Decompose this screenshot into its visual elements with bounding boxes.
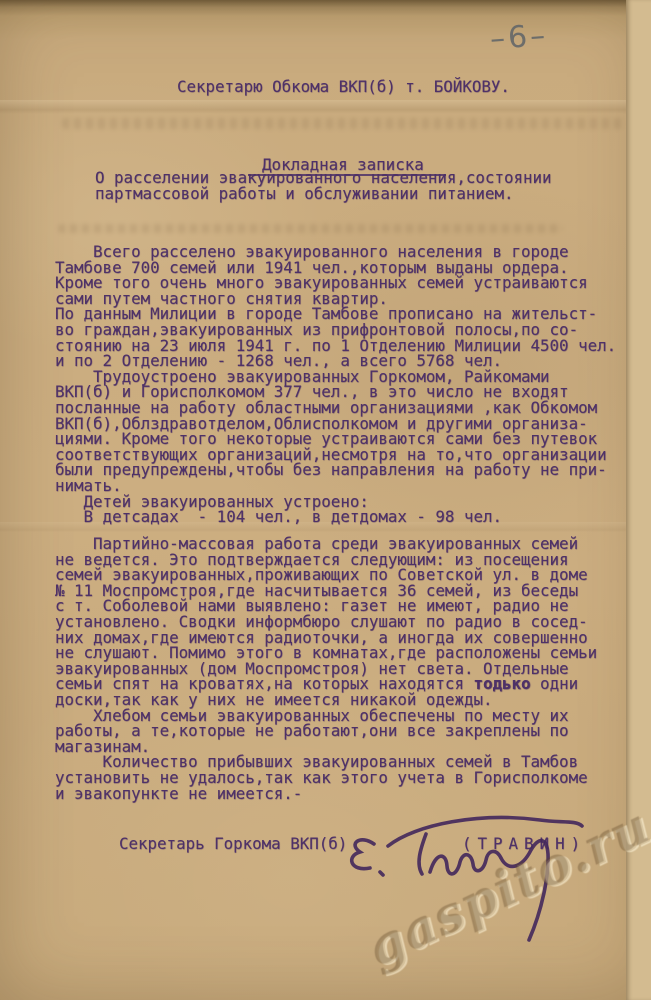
ink-bleedthrough [58, 224, 563, 233]
paragraph-2: Партийно-массовая работа среди эвакуиров… [55, 536, 597, 801]
subject-block: О расселении эвакуированного населения,с… [95, 170, 552, 203]
ink-bleedthrough [62, 118, 624, 129]
text-line: были предупреждены,чтобы без направления… [55, 462, 616, 478]
text-line: партмассовой работы и обслуживании питан… [95, 186, 552, 202]
text-line: и эвакопункте не имеется.- [55, 786, 597, 802]
signature-role-typed: Секретарь Горкома ВКП(б) [119, 836, 347, 852]
recipient-line: Секретарю Обкома ВКП(б) т. БОЙКОВУ. [177, 79, 510, 95]
text-line: В детсадах - 104 чел., в детдомах - 98 ч… [55, 509, 616, 525]
page-number-pencil: –6– [489, 18, 549, 57]
paragraph-1: Всего расселено эвакуированного населени… [55, 244, 616, 525]
fold-line [0, 100, 651, 114]
top-crease [0, 0, 651, 16]
scanned-document-page: –6– Секретарю Обкома ВКП(б) т. БОЙКОВУ. … [0, 0, 651, 1000]
